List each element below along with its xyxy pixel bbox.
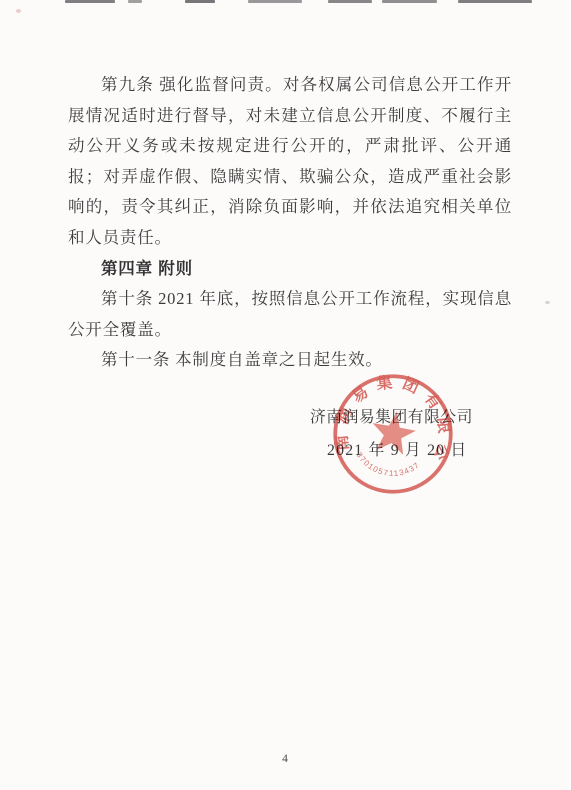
seal-serial-number: 3701057113437 xyxy=(352,450,423,484)
scan-artifact xyxy=(65,0,115,3)
svg-text:济南润易集团有限公司: 济南润易集团有限公司 xyxy=(320,361,466,472)
scan-speck xyxy=(16,9,21,13)
article-11-paragraph: 第十一条 本制度自盖章之日起生效。 xyxy=(68,345,512,376)
article-10-paragraph: 第十条 2021 年底，按照信息公开工作流程，实现信息公开全覆盖。 xyxy=(68,284,512,345)
scan-artifact xyxy=(248,0,302,3)
scan-artifact xyxy=(185,0,215,3)
seal-star-icon xyxy=(368,407,419,456)
document-body: 第九条 强化监督问责。对各权属公司信息公开工作开展情况适时进行督导，对未建立信息… xyxy=(68,70,512,376)
scan-artifact xyxy=(128,0,142,3)
chapter-4-heading: 第四章 附则 xyxy=(68,254,512,285)
svg-text:3701057113437: 3701057113437 xyxy=(352,450,423,484)
scan-artifact xyxy=(382,0,437,3)
company-seal-stamp: 济南润易集团有限公司 3701057113437 xyxy=(320,361,466,507)
article-9-paragraph: 第九条 强化监督问责。对各权属公司信息公开工作开展情况适时进行督导，对未建立信息… xyxy=(68,70,512,254)
page-number: 4 xyxy=(0,753,571,765)
scan-artifact xyxy=(328,0,372,3)
scan-speck xyxy=(545,301,550,304)
seal-ring-text: 济南润易集团有限公司 xyxy=(320,361,466,472)
scan-artifact xyxy=(458,0,532,3)
document-page: 第九条 强化监督问责。对各权属公司信息公开工作开展情况适时进行督导，对未建立信息… xyxy=(0,0,571,790)
